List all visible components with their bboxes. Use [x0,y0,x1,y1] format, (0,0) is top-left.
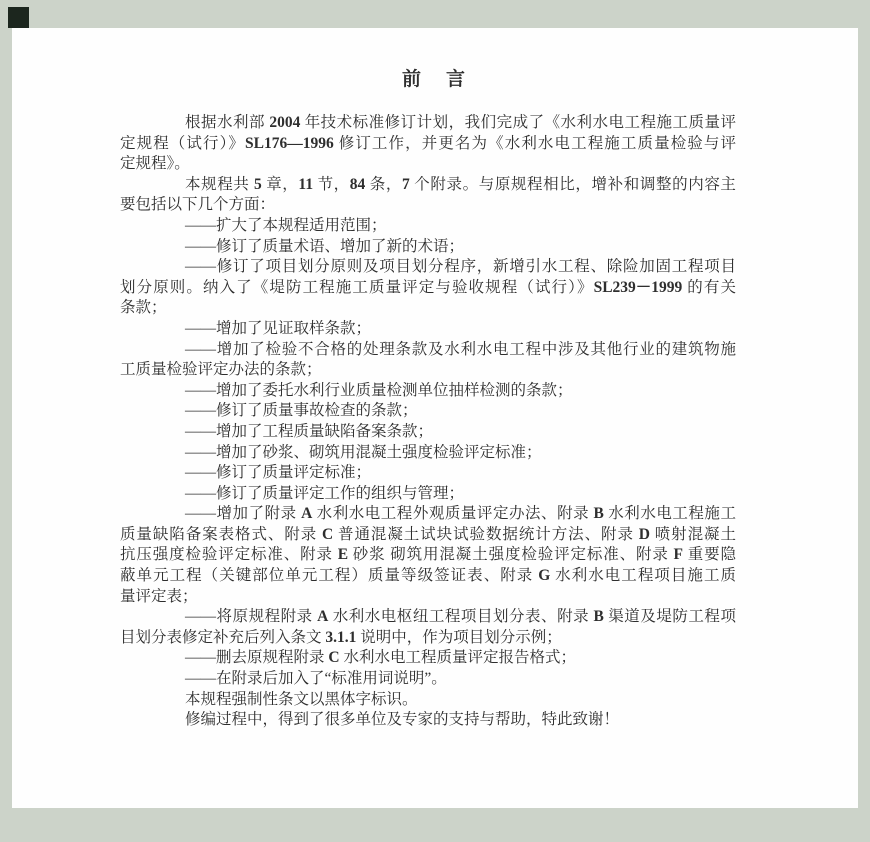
document-body: 根据水利部 2004 年技术标准修订计划，我们完成了《水利水电工程施工质量评定规… [120,113,736,731]
body-line: 修编过程中，得到了很多单位及专家的支持与帮助，特此致谢！ [120,710,736,731]
body-line: ——修订了质量评定标准； [120,463,736,484]
body-line: ——在附录后加入了“标准用词说明”。 [120,669,736,690]
body-line: ——删去原规程附录 C 水利水电工程质量评定报告格式； [120,648,736,669]
body-line: 蔽单元工程（关键部位单元工程）质量等级签证表、附录 G 水利水电工程项目施工质 [120,566,736,587]
body-line: 本规程强制性条文以黑体字标识。 [120,690,736,711]
body-line: ——修订了质量评定工作的组织与管理； [120,484,736,505]
body-line: ——扩大了本规程适用范围； [120,216,736,237]
body-line: ——增加了检验不合格的处理条款及水利水电工程中涉及其他行业的建筑物施 [120,340,736,361]
body-line: 根据水利部 2004 年技术标准修订计划，我们完成了《水利水电工程施工质量评 [120,113,736,134]
body-line: ——将原规程附录 A 水利水电枢纽工程项目划分表、附录 B 渠道及堤防工程项 [120,607,736,628]
body-line: 质量缺陷备案表格式、附录 C 普通混凝土试块试验数据统计方法、附录 D 喷射混凝… [120,525,736,546]
body-line: 抗压强度检验评定标准、附录 E 砂浆 砌筑用混凝土强度检验评定标准、附录 F 重… [120,545,736,566]
body-line: ——修订了质量事故检查的条款； [120,401,736,422]
scan-background: 前 言 根据水利部 2004 年技术标准修订计划，我们完成了《水利水电工程施工质… [0,0,870,842]
scan-corner-mark [8,7,29,28]
document-page: 前 言 根据水利部 2004 年技术标准修订计划，我们完成了《水利水电工程施工质… [12,28,858,808]
body-line: ——增加了附录 A 水利水电工程外观质量评定办法、附录 B 水利水电工程施工 [120,504,736,525]
body-line: ——增加了委托水利行业质量检测单位抽样检测的条款； [120,381,736,402]
body-line: ——修订了质量术语、增加了新的术语； [120,237,736,258]
body-line: ——增加了砂浆、砌筑用混凝土强度检验评定标准； [120,443,736,464]
body-line: 定规程（试行）》SL176—1996 修订工作，并更名为《水利水电工程施工质量检… [120,134,736,155]
body-line: ——增加了见证取样条款； [120,319,736,340]
body-line: 要包括以下几个方面： [120,195,736,216]
body-line: ——修订了项目划分原则及项目划分程序，新增引水工程、除险加固工程项目 [120,257,736,278]
page-title: 前 言 [12,64,858,91]
body-line: 本规程共 5 章，11 节，84 条，7 个附录。与原规程相比，增补和调整的内容… [120,175,736,196]
body-line: 量评定表； [120,587,736,608]
body-line: 条款； [120,298,736,319]
body-line: 工质量检验评定办法的条款； [120,360,736,381]
body-line: 定规程》。 [120,154,736,175]
body-line: ——增加了工程质量缺陷备案条款； [120,422,736,443]
body-line: 目划分表修定补充后列入条文 3.1.1 说明中，作为项目划分示例； [120,628,736,649]
body-line: 划分原则。纳入了《堤防工程施工质量评定与验收规程（试行）》SL239－1999 … [120,278,736,299]
